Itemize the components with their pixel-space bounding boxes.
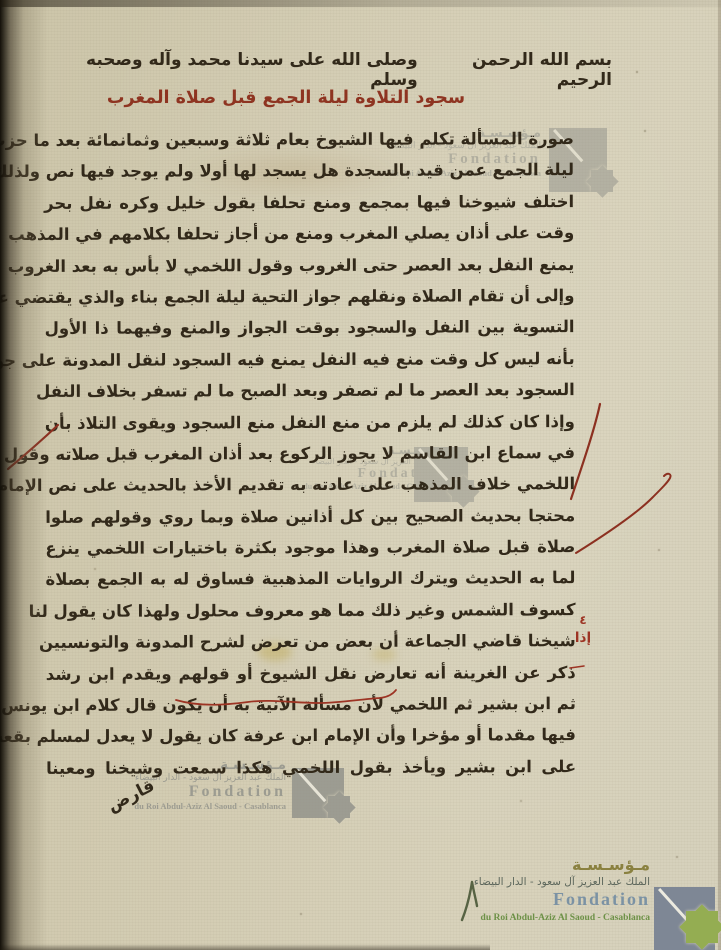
manuscript-line: ليلة الجمع عمن قيد بالسجدة هل يسجد لها أ… [44,154,574,187]
manuscript-line: صورة المسألة تكلم فيها الشيوخ بعام ثلاثة… [44,123,574,156]
manuscript-line: ذكر عن الغرينة أنه تعارض نقل الشيوخ أو ق… [46,657,576,690]
manuscript-line: التسوية بين النفل والسجود بوقت الجواز وا… [45,311,575,344]
rubric-heading: سجود التلاوة ليلة الجمع قبل صلاة المغرب [21,88,551,108]
red-curve-right-margin [576,474,671,553]
margin-note-word: إذا [566,629,600,649]
manuscript-line: فيها مقدما أو مؤخرا وأن الإمام ابن عرفة … [46,719,576,752]
manuscript-page: مـؤسـسـة الملك عبد العزيز آل سعود - الدا… [0,0,721,950]
badge-org-french: Fondation [450,889,650,910]
manuscript-line: وإذا كان كذلك لم يلزم من منع النفل منع ا… [45,406,575,439]
eight-point-star-icon [324,792,354,822]
tasliya-text: وصلى الله على سيدنا محمد وآله وصحبه وسلم [46,50,418,90]
manuscript-body: صورة المسألة تكلم فيها الشيوخ بعام ثلاثة… [44,123,576,784]
manuscript-line: بأنه ليس كل وقت منع فيه النفل يمنع فيه ا… [45,343,575,376]
page-bottom-edge-shadow [0,944,490,950]
manuscript-line: على ابن بشير ويأخذ بقول اللخمي هكذا سمعت… [46,751,576,784]
manuscript-line: صلاة قبل صلاة المغرب وهذا موجود بكثرة با… [45,531,575,564]
manuscript-line: السجود بعد العصر ما لم تصفر وبعد الصبح م… [45,374,575,407]
basmala-text: بسم الله الرحمن الرحيم [418,50,612,90]
margin-note-number: ٤ [566,612,600,629]
foundation-logo-icon [654,887,715,950]
manuscript-line: اللخمي خلاف المذهب على عادته به تقديم ال… [45,468,575,501]
manuscript-line: ثم ابن بشير ثم اللخمي لأن مسألة الآنية ب… [46,688,576,721]
badge-text: مـؤسـسـة الملك عبد العزيز آل سعود - الدا… [450,855,650,923]
eight-point-star-icon [681,906,721,948]
eight-point-star-icon [587,166,617,196]
manuscript-line: محتجا بحديث الصحيح بين كل أذانين صلاة وب… [45,500,575,533]
manuscript-line: لما به الحديث ويترك الروايات المذهبية فس… [45,563,575,596]
ink-specks [0,0,2,2]
basmala-line: بسم الله الرحمن الرحيم وصلى الله على سيد… [46,50,612,90]
red-margin-note: ٤ إذا [566,612,600,649]
badge-org-french-line2: du Roi Abdul-Aziz Al Saoud - Casablanca [450,913,650,923]
badge-org-arabic-line2: الملك عبد العزيز آل سعود - الدار البيضاء [450,876,650,888]
manuscript-line: اختلف شيوخنا فيها بمجمع ومنع تحلفا بقول … [44,186,574,219]
manuscript-line: في سماع ابن القاسم لا يجوز الركوع بعد أذ… [45,437,575,470]
foundation-badge: مـؤسـسـة الملك عبد العزيز آل سعود - الدا… [446,855,721,950]
manuscript-line: وقت على أذان يصلي المغرب ومنع من أجاز تح… [44,217,574,250]
page-top-edge-shadow [0,0,721,7]
manuscript-line: وإلى أن تقام الصلاة ونقلهم جواز التحية ل… [44,280,574,313]
manuscript-line: كسوف الشمس وغير ذلك مما هو معروف محلول و… [45,594,575,627]
red-stroke-right-margin [571,404,600,499]
manuscript-line: شيخنا قاضي الجماعة أن بعض من تعرض لشرح ا… [46,625,576,658]
manuscript-line: يمنع النفل بعد العصر حتى الغروب وقول الل… [44,249,574,282]
badge-org-arabic: مـؤسـسـة [450,855,650,874]
